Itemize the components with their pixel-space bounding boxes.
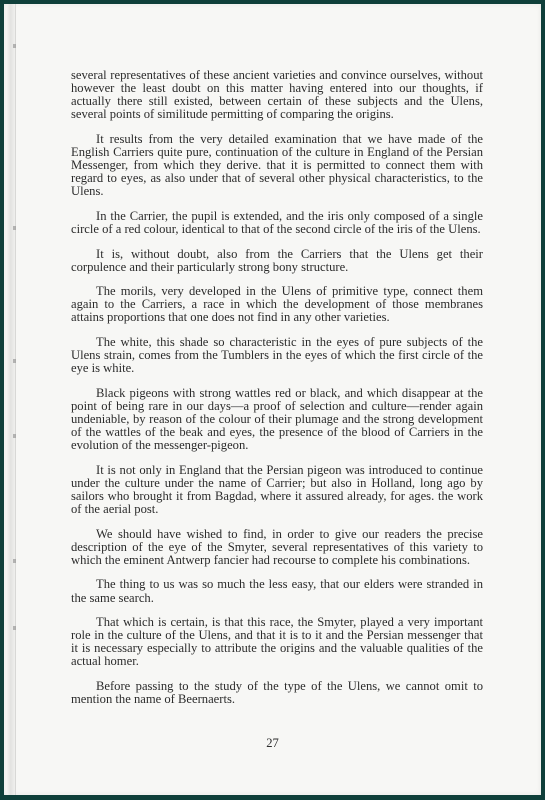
scanned-page: several representatives of these ancient… xyxy=(4,4,541,795)
paragraph: The white, this shade so characteristic … xyxy=(71,336,483,375)
paragraph: several representatives of these ancient… xyxy=(71,69,483,121)
binding-mark xyxy=(13,359,16,363)
paragraph: We should have wished to find, in order … xyxy=(71,528,483,567)
paragraph: The morils, very developed in the Ulens … xyxy=(71,285,483,324)
paragraph: It results from the very detailed examin… xyxy=(71,133,483,198)
paragraph: That which is certain, is that this race… xyxy=(71,616,483,668)
page-number: 27 xyxy=(4,736,541,751)
paragraph: Black pigeons with strong wattles red or… xyxy=(71,387,483,452)
binding-mark xyxy=(13,44,16,48)
binding-mark xyxy=(13,226,16,230)
binding-mark xyxy=(13,626,16,630)
page-binding-edge xyxy=(7,4,16,795)
paragraph: In the Carrier, the pupil is extended, a… xyxy=(71,210,483,236)
paragraph: Before passing to the study of the type … xyxy=(71,680,483,706)
paragraph: The thing to us was so much the less eas… xyxy=(71,578,483,604)
paragraph: It is, without doubt, also from the Carr… xyxy=(71,248,483,274)
binding-mark xyxy=(13,559,16,563)
paragraph: It is not only in England that the Persi… xyxy=(71,464,483,516)
binding-mark xyxy=(13,434,16,438)
body-text: several representatives of these ancient… xyxy=(71,69,483,718)
